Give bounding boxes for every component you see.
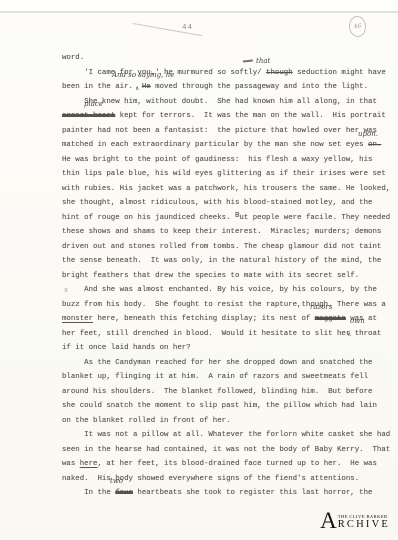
typed-line: thin lips pale blue, his wild eyes glitt… (62, 167, 398, 182)
typed-line: seen in the hearse had contained, it was… (62, 443, 398, 458)
typed-text-segment: In the (62, 489, 115, 497)
typed-line: monster here, beneath this fetching disp… (62, 312, 398, 327)
typed-text-segment: the sense beneath. It was only, in the n… (62, 257, 381, 265)
typed-line: been in the air. He moved through the pa… (62, 80, 398, 95)
handwritten-correction-two: two (110, 477, 123, 485)
ink-scratch-mark (243, 59, 253, 65)
handwritten-correction-upon: upon. (358, 130, 378, 138)
typed-text-segment: seen in the hearse had contained, it was… (62, 446, 390, 454)
pencil-margin-x-mark: x (64, 286, 68, 294)
typed-text-segment: these shows and shams to keep their inte… (62, 228, 381, 236)
typed-text-segment: thin lips pale blue, his wild eyes glitt… (62, 170, 386, 178)
scan-fold-line (0, 11, 398, 13)
typed-text-segment: with rubies. His jacket was a patchwork,… (62, 185, 390, 193)
typed-text-segment: been in the air. (62, 83, 142, 91)
typed-text-segment: She knew him, without doubt. She had kno… (62, 98, 377, 106)
typed-text-segment: , at her feet, its blood-drained face tu… (98, 460, 377, 468)
handwritten-correction-that: that (256, 57, 270, 65)
typed-line: And she was almost enchanted. By his voi… (62, 283, 398, 298)
typed-text-segment: maggots (315, 315, 346, 323)
typed-text-segment: if it once laid hands on her? (62, 344, 191, 352)
typed-line: It was not a pillow at all. Whatever the… (62, 428, 398, 443)
typed-text-segment: ut people were facile. They needed (239, 214, 390, 222)
typed-text-segment: monster (62, 315, 93, 323)
typed-text-segment: she thought, almost ridiculous, with his… (62, 199, 372, 207)
typed-text-segment: It was not a pillow at all. Whatever the… (62, 431, 390, 439)
typed-text-segment: painter had not been a fantasist: the pi… (62, 127, 377, 135)
typed-line: on the blanket rolled in front of her. (62, 414, 398, 429)
typed-text-segment: blanket up, flinging it at him. A rain o… (62, 373, 368, 381)
typed-text-segment: hint of rouge on his jaundiced cheeks. (62, 214, 235, 222)
typed-text-segment: her feet, still drenched in blood. Would… (62, 330, 381, 338)
typed-line: As the Candyman reached for her she drop… (62, 356, 398, 371)
handwritten-correction-razors: razors (310, 303, 332, 311)
typed-text-segment: secret heart (62, 112, 115, 120)
typed-line: driven out and stones rolled from tombs.… (62, 240, 398, 255)
typed-line: these shows and shams to keep their inte… (62, 225, 398, 240)
typed-text-segment: moved through the passageway and into th… (151, 83, 368, 91)
archive-logo-line2: RCHIVE (338, 520, 390, 530)
typed-text-segment: on the blanket rolled in front of her. (62, 417, 231, 425)
typed-text-segment: here, beneath this fetching display; its… (93, 315, 315, 323)
typed-line: was here, at her feet, its blood-drained… (62, 457, 398, 472)
typed-line: secret heart kept for terrors. It was th… (62, 109, 398, 124)
typed-text-segment: And she was almost enchanted. By his voi… (62, 286, 377, 294)
typed-text-segment: bright feathers that drew the species to… (62, 272, 359, 280)
typed-text-segment: naked. His body showed everywhere signs … (62, 475, 359, 483)
typed-line: she could snatch the moment to slip past… (62, 399, 398, 414)
typed-text-segment: B (235, 212, 239, 220)
typed-line: if it once laid hands on her? (62, 341, 398, 356)
typed-text-segment: seduction might have (293, 69, 386, 77)
typed-line: In the four heartbeats she took to regis… (62, 486, 398, 501)
typed-text-segment: though (266, 69, 293, 77)
typed-text-segment: around his shoulders. The blanket follow… (62, 388, 372, 396)
typed-line: she thought, almost ridiculous, with his… (62, 196, 398, 211)
typed-text-segment: As the Candyman reached for her she drop… (62, 359, 372, 367)
typed-text-segment: He was bright to the point of gaudiness:… (62, 156, 372, 164)
typed-line: the sense beneath. It was only, in the n… (62, 254, 398, 269)
typed-text-segment: four (115, 489, 133, 497)
typed-text-segment: He (142, 83, 151, 91)
handwritten-correction-place: place (84, 100, 103, 108)
typescript-lines: word. 'I came for you,' he murmured so s… (62, 51, 398, 501)
typed-text-segment: here (80, 460, 98, 468)
insertion-caret-icon: ∧ (347, 331, 351, 338)
handwritten-insert-phrase: And so saying, he (112, 71, 174, 79)
manuscript-page: 44 46 word. 'I came for you,' he murmure… (0, 0, 398, 540)
typed-text-segment: word. (62, 54, 84, 62)
typed-line: word. (62, 51, 398, 66)
clive-barker-archive-watermark: A THE CLIVE BARKER RCHIVE (320, 512, 390, 530)
circled-corner-number: 46 (348, 15, 367, 38)
typed-line: around his shoulders. The blanket follow… (62, 385, 398, 400)
handwritten-correction-own: own (350, 317, 365, 325)
typed-text-segment: matched in each extraordinary particular… (62, 141, 368, 149)
typed-text-segment: on. (368, 141, 381, 149)
typed-line: blanket up, flinging it at him. A rain o… (62, 370, 398, 385)
typed-text-segment: she could snatch the moment to slip past… (62, 402, 377, 410)
typed-line: He was bright to the point of gaudiness:… (62, 153, 398, 168)
typed-text-segment: kept for terrors. It was the man on the … (115, 112, 386, 120)
typed-text-segment: driven out and stones rolled from tombs.… (62, 243, 381, 251)
typed-line: hint of rouge on his jaundiced cheeks. B… (62, 211, 398, 226)
typed-text-segment: heartbeats she took to register this las… (133, 489, 373, 497)
archive-logo-text: THE CLIVE BARKER RCHIVE (338, 512, 390, 530)
insertion-caret-icon: ∧ (135, 85, 139, 92)
archive-logo-initial: A (320, 512, 337, 530)
typed-line: She knew him, without doubt. She had kno… (62, 95, 398, 110)
typed-text-segment: was (62, 460, 80, 468)
typed-text-segment: buzz from his body. She fought to resist… (62, 301, 386, 309)
typed-line: with rubies. His jacket was a patchwork,… (62, 182, 398, 197)
typed-line: painter had not been a fantasist: the pi… (62, 124, 398, 139)
typed-line: bright feathers that drew the species to… (62, 269, 398, 284)
typed-line: buzz from his body. She fought to resist… (62, 298, 398, 313)
scan-top-strip (0, 0, 398, 11)
typed-line: matched in each extraordinary particular… (62, 138, 398, 153)
corner-number-text: 46 (353, 23, 361, 31)
typed-page-number: 44 (182, 24, 193, 32)
